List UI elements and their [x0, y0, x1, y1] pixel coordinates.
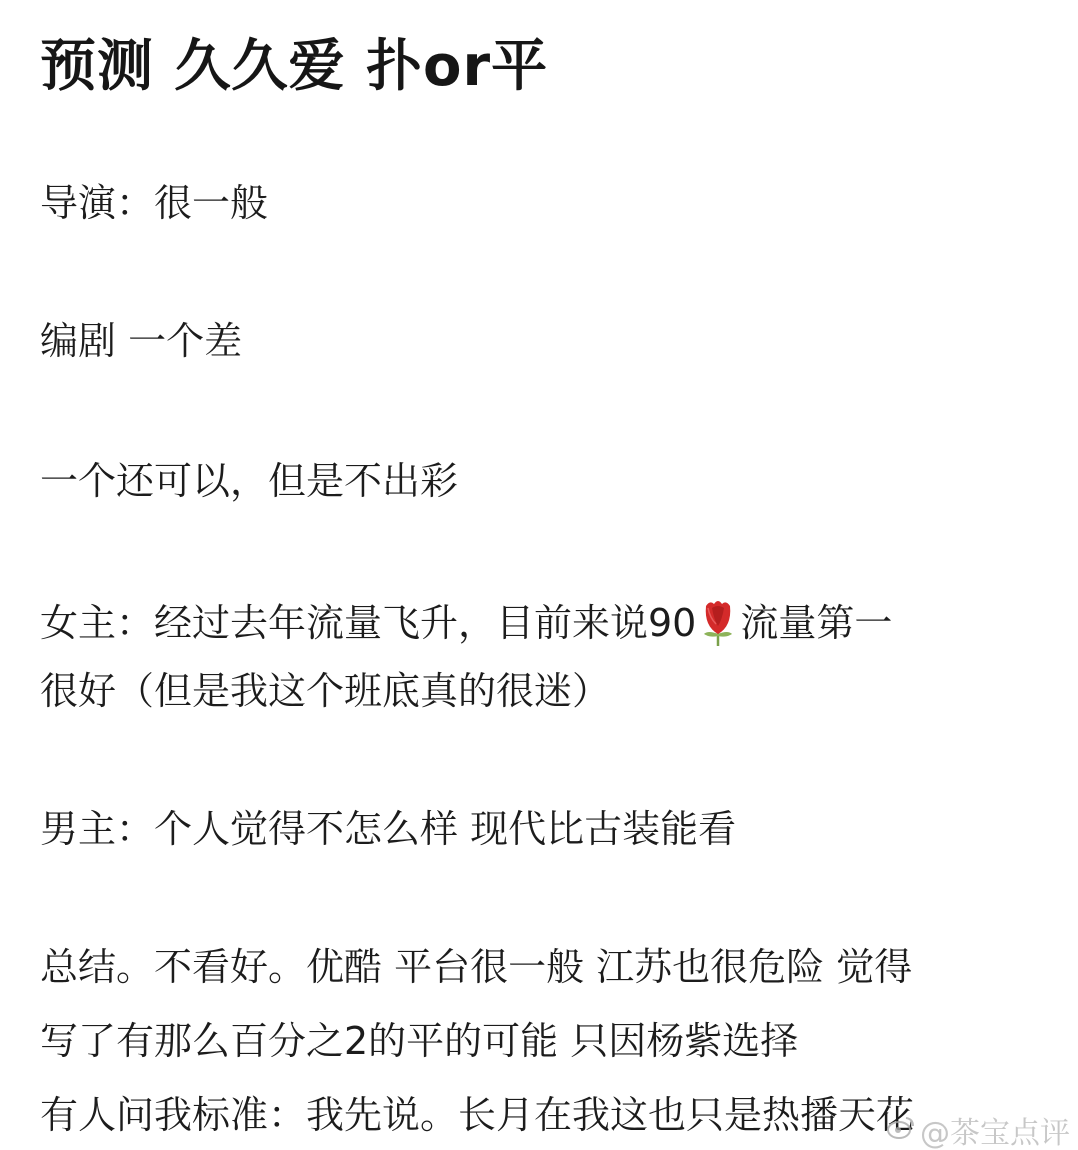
summary-line-1: 总结。不看好。优酷 平台很一般 江苏也很危险 觉得	[40, 944, 912, 990]
watermark-text: @茶宝点评	[920, 1108, 1070, 1150]
actress-text-part2: 流量第一	[740, 601, 892, 645]
actress-text-part1: 女主：经过去年流量飞升，目前来说90	[40, 601, 696, 645]
actress-line-2: 很好（但是我这个班底真的很迷）	[40, 668, 610, 714]
page-title: 预测 久久爱 扑or平	[40, 22, 548, 102]
watermark: @茶宝点评	[886, 1108, 1070, 1150]
summary-line-2: 写了有那么百分之2的平的可能 只因杨紫选择	[40, 1018, 798, 1064]
actress-line: 女主：经过去年流量飞升，目前来说90 流量第一	[40, 596, 892, 646]
actor-line: 男主：个人觉得不怎么样 现代比古装能看	[40, 806, 736, 852]
rose-icon	[698, 596, 738, 646]
screenwriter-line-2: 一个还可以，但是不出彩	[40, 458, 458, 504]
director-line: 导演：很一般	[40, 180, 268, 226]
weibo-icon	[886, 1113, 916, 1148]
summary-line-3: 有人问我标准：我先说。长月在我这也只是热播天花	[40, 1092, 914, 1138]
screenwriter-line-1: 编剧 一个差	[40, 318, 242, 364]
